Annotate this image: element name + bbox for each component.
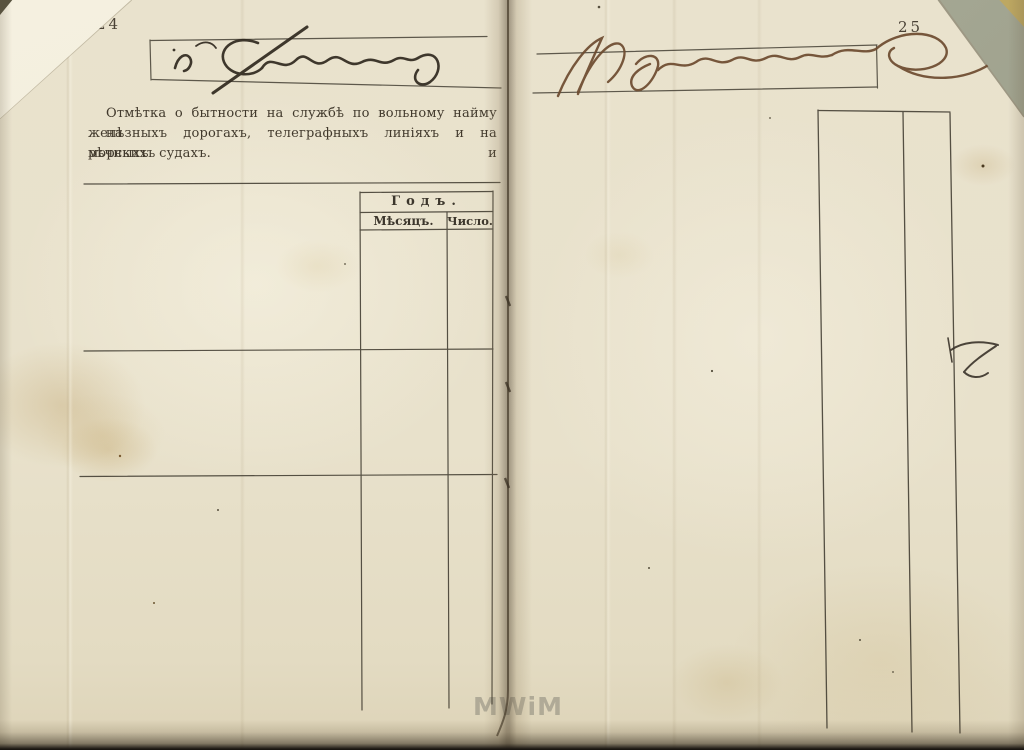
bottom-edge-shadow	[0, 720, 1024, 750]
scanned-document-spread: MWiM	[0, 0, 1024, 750]
right-edge-shadow	[0, 0, 1024, 750]
